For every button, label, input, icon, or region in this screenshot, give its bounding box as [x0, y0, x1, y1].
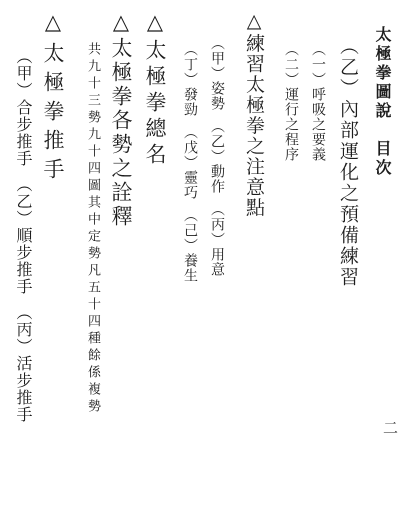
toc-entry-internal-preparation: （乙）內部運化之預備練習 — [338, 36, 357, 288]
toc-entry-push-hands: △太極拳推手 — [42, 10, 63, 187]
book-page: 太極拳圖說 目次 （乙）內部運化之預備練習 （一）呼吸之要義 （二）運行之程序 … — [0, 0, 412, 516]
toc-entry-push-hands-methods: （甲）合步推手 （乙）順步推手 （丙）活步推手 — [15, 48, 31, 423]
toc-entry-posture-movement-intent: （甲）姿勢 （乙）動作 （丙）用意 — [210, 36, 224, 277]
toc-entry-explanation-of-postures: △太極拳各勢之詮釋 — [110, 10, 131, 229]
toc-entry-breathing-essentials: （一）呼吸之要義 — [311, 42, 325, 162]
page-number: 二 — [382, 420, 397, 439]
toc-entry-practice-points: △練習太極拳之注意點 — [244, 10, 263, 218]
book-title: 太極拳圖說 目次 — [374, 26, 390, 178]
toc-note-posture-count: 共九十三勢九十四圖其中定勢凡五十四種餘係複勢 — [86, 42, 99, 416]
toc-entry-circulation-sequence: （二）運行之程序 — [284, 42, 298, 162]
toc-entry-energy-agility-health: （丁）發勁 （戊）靈巧 （己）養生 — [183, 42, 197, 283]
toc-entry-general-names: △太極拳總名 — [144, 10, 165, 169]
